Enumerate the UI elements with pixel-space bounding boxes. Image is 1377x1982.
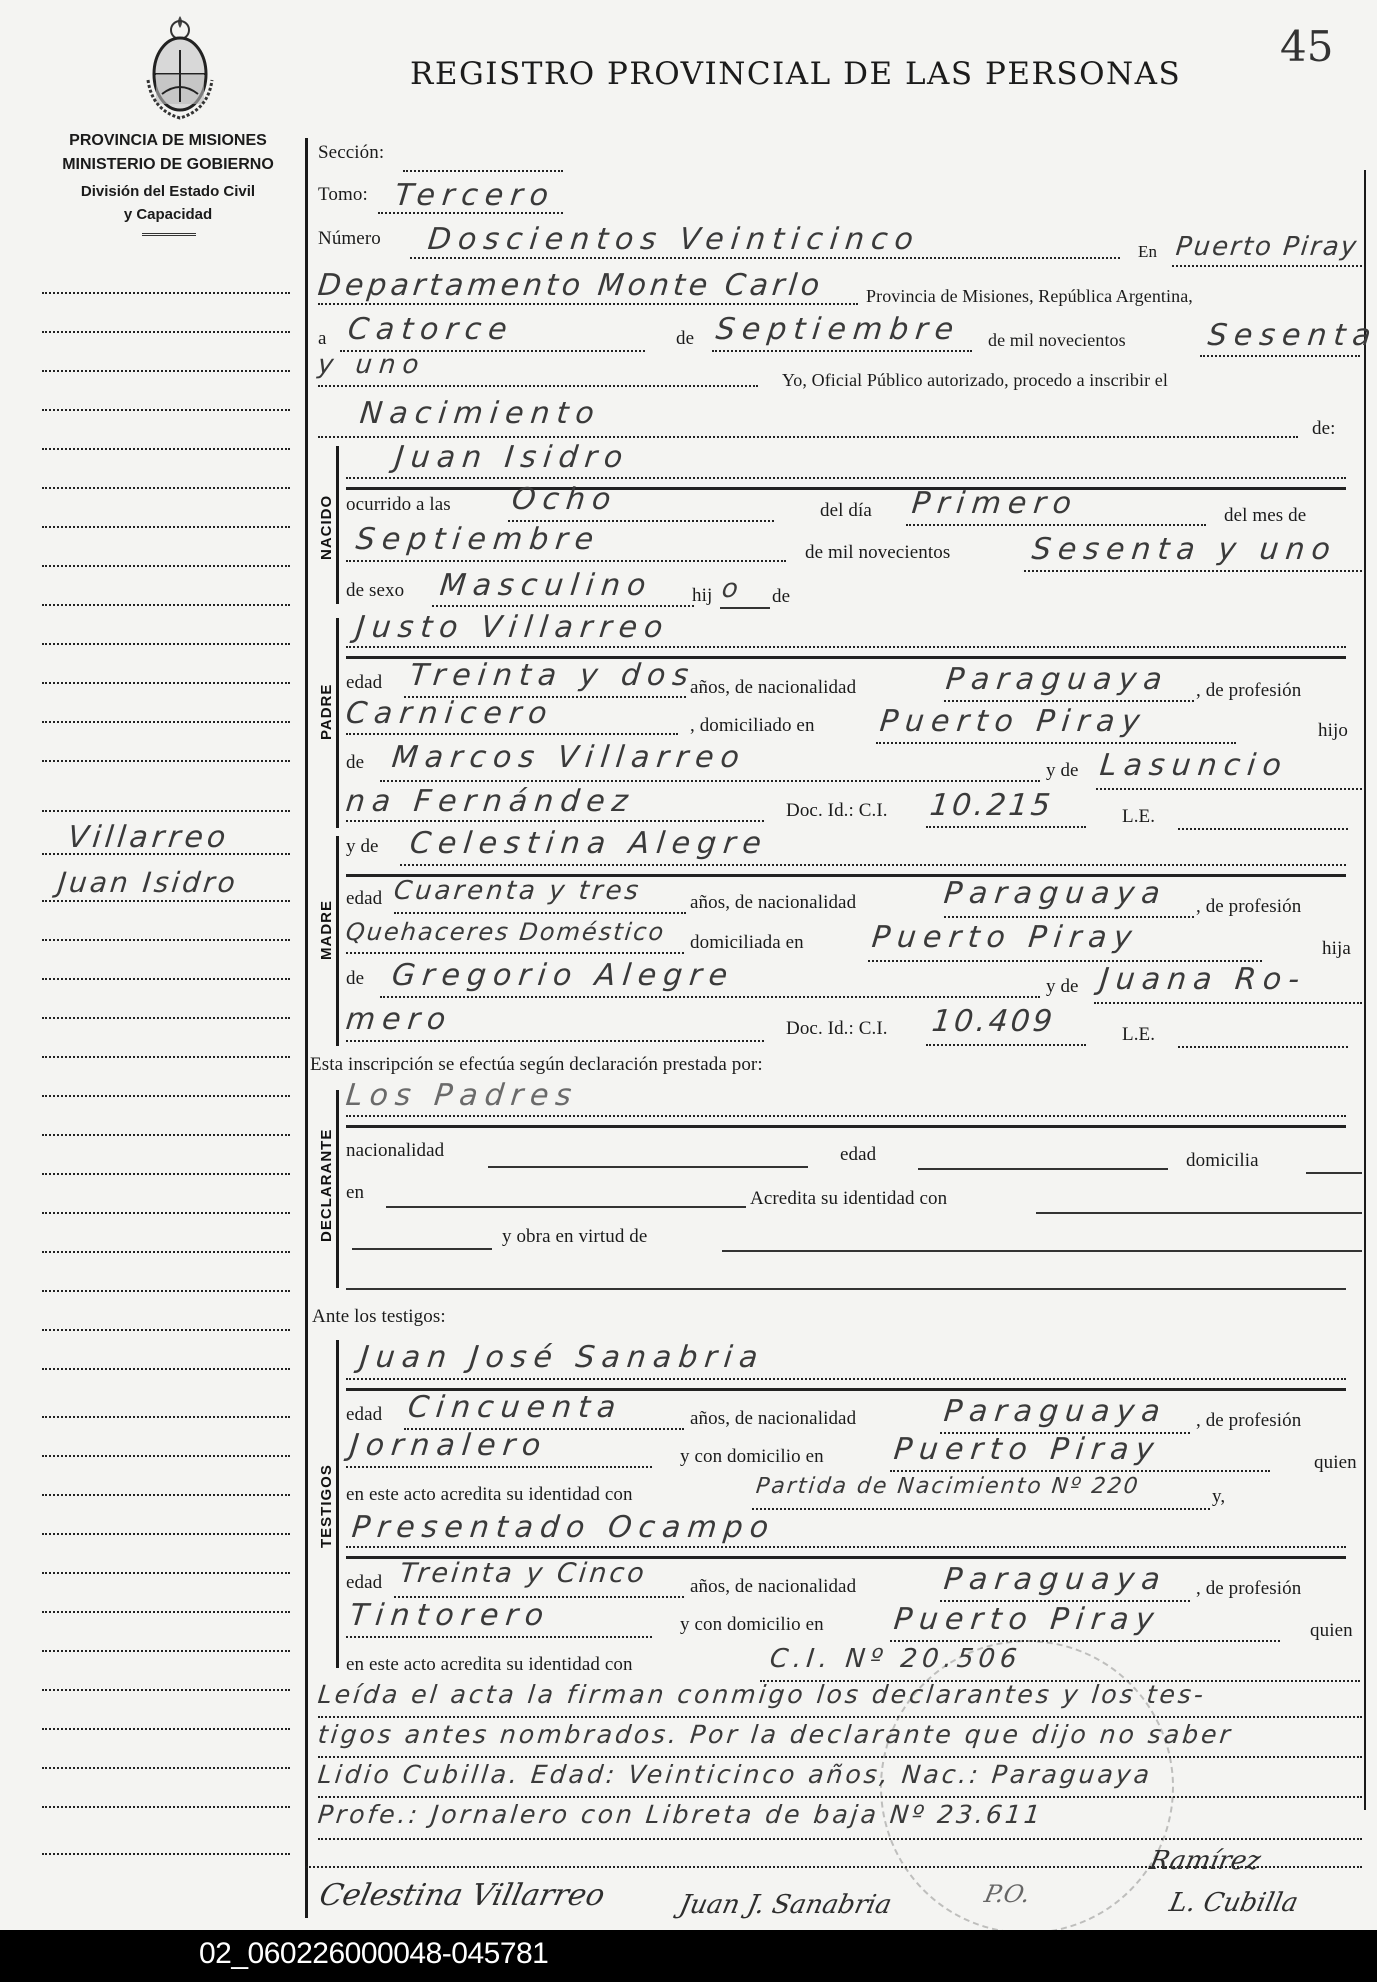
nacido-section-label: NACIDO — [318, 495, 335, 560]
t2-profesion-value: Tintorero — [348, 1598, 552, 1633]
sexo-label: de sexo — [346, 580, 404, 602]
t2-domicilio-label: y con domicilio en — [680, 1614, 824, 1636]
t1-acredita-label: en este acto acredita su identidad con — [346, 1484, 633, 1506]
hij-underline — [720, 607, 770, 609]
padre-le-field — [1178, 828, 1348, 830]
en-value: Puerto Piray — [1174, 232, 1359, 262]
t1-profesion-value: Jornalero — [348, 1428, 549, 1463]
mes-underline — [712, 350, 972, 352]
madre-abuela2-underline — [346, 1040, 764, 1042]
padre-domicilio-label: , domiciliado en — [690, 715, 815, 737]
t1-edad-value: Cincuenta — [406, 1390, 624, 1425]
declarante-bracket — [336, 1090, 339, 1288]
padre-profesion-value: Carnicero — [344, 696, 555, 731]
declarante-nacionalidad-label: nacionalidad — [346, 1140, 444, 1162]
madre-nombre: Celestina Alegre — [408, 826, 770, 861]
padre-le-label: L.E. — [1122, 806, 1155, 828]
nacido-nombre-rule — [346, 487, 1346, 490]
testigos-section-label: TESTIGOS — [318, 1464, 335, 1548]
padre-edad-label: edad — [346, 672, 382, 694]
declarante-en-field[interactable] — [386, 1206, 746, 1208]
madre-le-label: L.E. — [1122, 1024, 1155, 1046]
t2-edad-label: edad — [346, 1572, 382, 1594]
padre-madre-nombre-2: na Fernández — [344, 784, 636, 819]
mes-nac-value: Septiembre — [354, 522, 602, 557]
madre-edad-underline — [394, 912, 686, 914]
t2-edad-value: Treinta y Cinco — [398, 1558, 648, 1589]
padre-nacionalidad-value: Paraguaya — [944, 662, 1170, 697]
t2-nombre-underline — [346, 1546, 1346, 1548]
note-line-1-underline — [318, 1716, 1362, 1718]
padre-edad-value: Treinta y dos — [408, 658, 697, 693]
en-underline — [1172, 265, 1362, 267]
declarante-section-label: DECLARANTE — [318, 1129, 335, 1242]
document-id: 02_060226000048-045781 — [199, 1937, 548, 1971]
numero-value: Doscientos Veinticinco — [426, 222, 922, 257]
de-label: de — [676, 328, 694, 350]
argentina-coat-of-arms-icon — [140, 10, 220, 122]
mil-novecientos-label: de mil novecientos — [988, 330, 1126, 351]
padre-bracket — [336, 618, 339, 828]
margin-surname: Villarreo — [66, 820, 231, 855]
padre-section-label: PADRE — [318, 684, 335, 740]
t1-domicilio-value: Puerto Piray — [892, 1432, 1162, 1467]
padre-profesion-label: , de profesión — [1196, 680, 1301, 702]
t2-quien-label: quien — [1310, 1620, 1353, 1642]
departamento-value: Departamento Monte Carlo — [316, 268, 825, 303]
padre-doc-label: Doc. Id.: C.I. — [786, 800, 888, 822]
nacido-de-label: de — [772, 586, 790, 608]
tomo-value: Tercero — [393, 178, 557, 213]
madre-abuelo-underline — [380, 996, 1040, 998]
t2-nombre: Presentado Ocampo — [350, 1510, 777, 1545]
del-mes-label: del mes de — [1224, 505, 1306, 527]
t1-acredita-value: Partida de Nacimiento Nº 220 — [755, 1474, 1141, 1499]
issuer-line-1: PROVINCIA DE MISIONES — [48, 132, 288, 150]
t2-profesion-underline — [346, 1636, 652, 1638]
madre-padre-nombre: Gregorio Alegre — [390, 958, 736, 993]
form-left-border — [305, 138, 308, 1918]
mil-nac-label: de mil novecientos — [805, 542, 950, 564]
madre-anios-label: años, de nacionalidad — [690, 892, 856, 914]
declarante-obra-label: y obra en virtud de — [502, 1226, 647, 1248]
madre-y-de-label-2: y de — [1046, 976, 1079, 998]
sexo-value: Masculino — [438, 568, 654, 603]
declarante-domicilia-field[interactable] — [1306, 1172, 1362, 1174]
madre-profesion-value: Quehaceres Doméstico — [345, 918, 667, 946]
note-line-4: Profe.: Jornalero con Libreta de baja Nº… — [316, 1800, 1044, 1829]
page-number: 45 — [1280, 22, 1333, 71]
t1-quien-label: quien — [1314, 1452, 1357, 1474]
t2-profesion-label: , de profesión — [1196, 1578, 1301, 1600]
t2-domicilio-underline — [890, 1640, 1280, 1642]
declarante-acredita-field[interactable] — [1036, 1212, 1362, 1214]
madre-nombre-underline — [400, 864, 1346, 866]
note-line-3-underline — [318, 1796, 1362, 1798]
numero-label: Número — [318, 228, 381, 250]
padre-de-label: de — [346, 752, 364, 774]
dia-nac-value: Primero — [910, 486, 1080, 521]
madre-edad-label: edad — [346, 888, 382, 910]
madre-domicilio-label: domiciliada en — [690, 932, 804, 954]
padre-doc-underline — [926, 826, 1086, 828]
en-label: En — [1138, 242, 1157, 262]
oficial-text: Yo, Oficial Público autorizado, procedo … — [782, 370, 1168, 391]
madre-doc-label: Doc. Id.: C.I. — [786, 1018, 888, 1040]
padre-padre-nombre: Marcos Villarreo — [390, 740, 748, 775]
declarante-edad-label: edad — [840, 1144, 876, 1166]
t2-domicilio-value: Puerto Piray — [892, 1602, 1162, 1637]
note-line-3: Lidio Cubilla. Edad: Veinticinco años, N… — [316, 1760, 1153, 1789]
padre-abuelo-underline — [380, 780, 1040, 782]
nacido-bracket — [336, 446, 339, 604]
madre-domicilio-value: Puerto Piray — [870, 920, 1140, 955]
nacido-nombre-underline — [346, 477, 1346, 479]
dia-value: Catorce — [346, 312, 515, 347]
madre-bracket — [336, 836, 339, 1046]
declarante-obra-pre-field[interactable] — [352, 1248, 492, 1250]
t1-anios-label: años, de nacionalidad — [690, 1408, 856, 1430]
note-line-2: tigos antes nombrados. Por la declarante… — [316, 1720, 1234, 1749]
hora-value: Ocho — [510, 482, 619, 517]
note-line-2-underline — [318, 1756, 1362, 1758]
t1-edad-label: edad — [346, 1404, 382, 1426]
t1-nombre-underline — [346, 1378, 1346, 1380]
nacido-nombre: Juan Isidro — [393, 440, 631, 475]
madre-profesion-label: , de profesión — [1196, 896, 1301, 918]
form-right-border — [1364, 170, 1366, 1810]
testigos-intro: Ante los testigos: — [312, 1306, 446, 1328]
signature-testigo-1: Juan J. Sanabria — [677, 1890, 894, 1920]
del-dia-label: del día — [820, 500, 872, 522]
madre-profesion-underline — [346, 952, 684, 954]
document-title: REGISTRO PROVINCIAL DE LAS PERSONAS — [410, 56, 1181, 92]
issuer-line-3: División del Estado Civil — [48, 183, 288, 200]
anio2-underline — [318, 385, 758, 387]
padre-abuela2-underline — [346, 820, 764, 822]
anio-value-1: Sesenta — [1206, 318, 1377, 353]
padre-nac-underline — [944, 700, 1194, 702]
padre-nombre-underline — [346, 646, 1346, 648]
sexo-underline — [432, 605, 694, 607]
madre-edad-value: Cuarenta y tres — [392, 876, 642, 906]
departamento-underline — [318, 303, 858, 305]
t1-acredita-underline — [752, 1508, 1210, 1510]
madre-doc-value: 10.409 — [930, 1004, 1057, 1039]
declarante-nombre-rule — [346, 1125, 1346, 1128]
hij-label: hij — [692, 585, 712, 607]
madre-nacionalidad-value: Paraguaya — [942, 876, 1168, 911]
padre-anios-label: años, de nacionalidad — [690, 677, 856, 699]
madre-de-label: de — [346, 968, 364, 990]
t1-nombre: Juan José Sanabria — [358, 1340, 766, 1375]
seccion-label: Sección: — [318, 142, 384, 164]
mes-value: Septiembre — [714, 312, 962, 347]
declarante-obra-field[interactable] — [722, 1250, 1362, 1252]
signature-oficial: Ramírez — [1147, 1846, 1264, 1876]
acto-underline — [318, 436, 1298, 438]
issuer-line-4: y Capacidad — [48, 206, 288, 223]
ocurrido-label: ocurrido a las — [346, 494, 451, 516]
t2-anios-label: años, de nacionalidad — [690, 1576, 856, 1598]
issuer-divider — [142, 233, 196, 236]
madre-le-field — [1178, 1046, 1348, 1048]
t1-profesion-underline — [346, 1466, 652, 1468]
mes-nac-underline — [346, 560, 786, 562]
declarante-bottom-rule — [346, 1288, 1346, 1290]
signature-testigo-2: P.O. — [982, 1880, 1033, 1908]
padre-doc-value: 10.215 — [928, 788, 1055, 823]
padre-domicilio-underline — [876, 742, 1236, 744]
declarante-nombre: Los Padres — [344, 1078, 580, 1113]
margin-given-names: Juan Isidro — [56, 866, 239, 899]
a-label: a — [318, 328, 327, 350]
declarante-nacionalidad-field[interactable] — [488, 1166, 808, 1168]
signature-madre: Celestina Villarreo — [316, 1878, 608, 1913]
acto-value: Nacimiento — [358, 396, 602, 431]
padre-domicilio-value: Puerto Piray — [878, 704, 1148, 739]
declarante-intro: Esta inscripción se efectúa según declar… — [310, 1054, 763, 1076]
padre-nombre: Justo Villarreo — [354, 610, 671, 645]
t1-y-label: y, — [1212, 1486, 1225, 1508]
dia-nac-underline — [906, 524, 1206, 526]
declarante-en-label: en — [346, 1182, 364, 1204]
padre-abuela-underline — [1096, 788, 1362, 790]
madre-nac-underline — [944, 916, 1194, 918]
t2-nacionalidad-value: Paraguaya — [942, 1562, 1168, 1597]
t1-domicilio-label: y con domicilio en — [680, 1446, 824, 1468]
testigos-bracket — [336, 1340, 339, 1668]
numero-underline — [410, 257, 1120, 259]
madre-section-label: MADRE — [318, 900, 335, 960]
madre-y-de-label: y de — [346, 836, 379, 858]
note-line-1: Leída el acta la firman conmigo los decl… — [316, 1680, 1207, 1709]
note-line-4-underline — [318, 1838, 1362, 1840]
provincia-text: Provincia de Misiones, República Argenti… — [866, 286, 1193, 307]
anio-value-2: y uno — [316, 350, 427, 380]
padre-profesion-underline — [346, 733, 678, 735]
padre-y-de-label: y de — [1046, 760, 1079, 782]
madre-abuela-underline — [1094, 1002, 1362, 1004]
madre-madre-nombre-1: Juana Ro- — [1098, 962, 1308, 997]
declarante-domicilia-label: domicilia — [1186, 1150, 1259, 1172]
anio-nac-value: Sesenta y uno — [1030, 532, 1339, 567]
t1-nacionalidad-value: Paraguaya — [942, 1394, 1168, 1429]
t1-domicilio-underline — [890, 1470, 1270, 1472]
anio-underline — [1200, 355, 1360, 357]
signature-firmante-ruego: L. Cubilla — [1167, 1888, 1301, 1918]
declarante-acredita-label: Acredita su identidad con — [750, 1188, 947, 1210]
padre-madre-nombre-1: Lasuncio — [1098, 748, 1290, 783]
madre-doc-underline — [926, 1044, 1086, 1046]
t1-profesion-label: , de profesión — [1196, 1410, 1301, 1432]
de-colon-label: de: — [1312, 418, 1336, 440]
seccion-field[interactable] — [403, 170, 563, 172]
madre-hija-label: hija — [1322, 938, 1351, 960]
declarante-nombre-underline — [346, 1115, 1346, 1117]
declarante-edad-field[interactable] — [918, 1168, 1168, 1170]
t2-acredita-label: en este acto acredita su identidad con — [346, 1654, 633, 1676]
hij-value: o — [720, 574, 746, 604]
madre-madre-nombre-2: mero — [344, 1002, 454, 1037]
padre-hijo-label: hijo — [1318, 720, 1348, 742]
anio-nac-underline — [1024, 570, 1362, 572]
tomo-label: Tomo: — [318, 184, 368, 206]
issuer-line-2: MINISTERIO DE GOBIERNO — [48, 156, 288, 174]
